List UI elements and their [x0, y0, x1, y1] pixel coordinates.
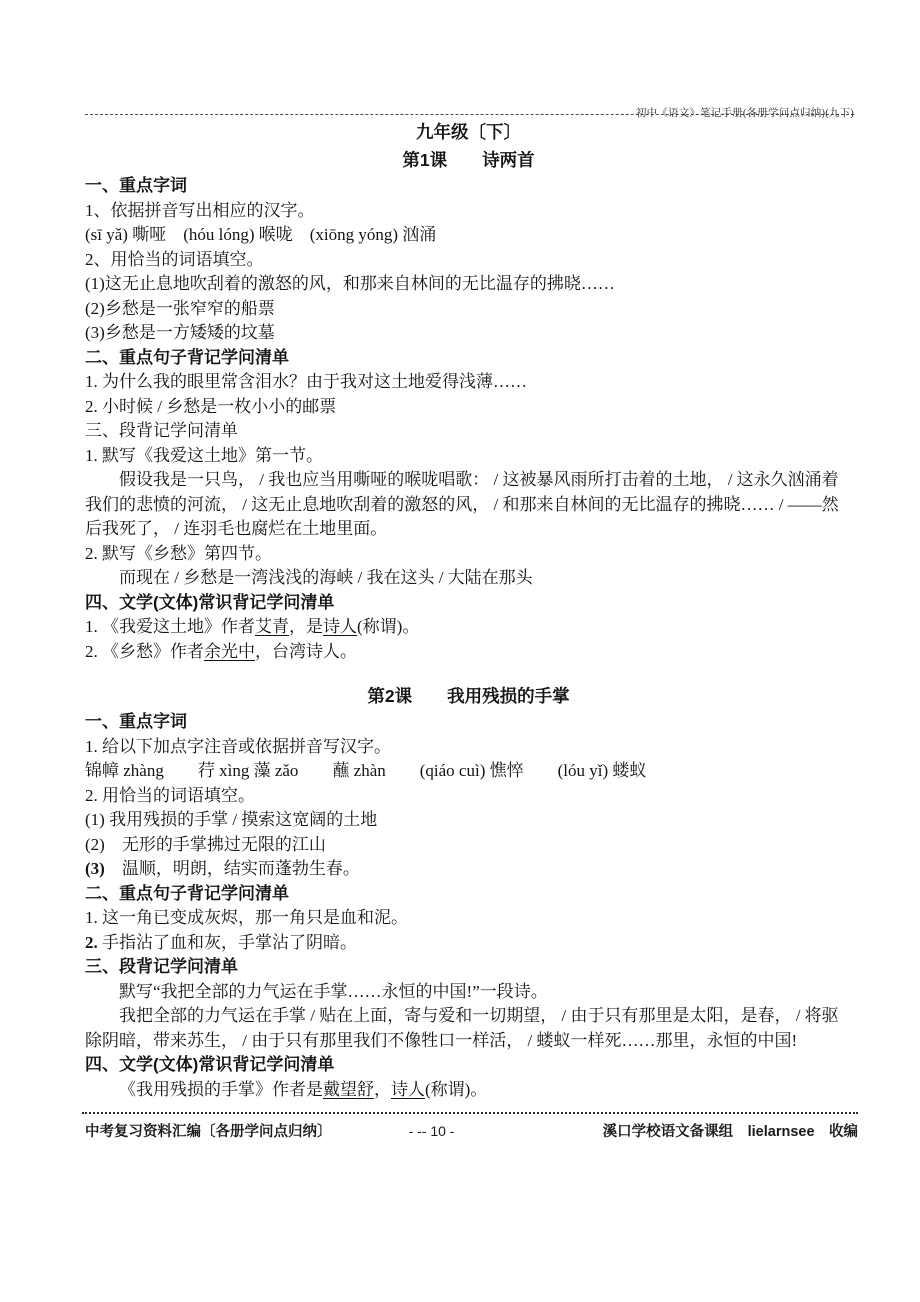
text-line: 1. 《我爱这土地》作者艾青，是诗人(称谓)。	[85, 615, 852, 640]
text-line: 四、文学(文体)常识背记学问清单	[85, 1053, 852, 1078]
footer-left-text: 中考复习资料汇编〔各册学问点归纳〕	[85, 1120, 449, 1141]
text-segment: 默写“我把全部的力气运在手掌……永恒的中国!”一段诗。	[119, 982, 548, 1001]
text-segment: 一、重点字词	[85, 176, 187, 195]
text-line: (1) 我用残损的手掌 / 摸索这宽阔的土地	[85, 808, 852, 833]
document-body: 九年级〔下〕 第1课 诗两首一、重点字词1、依据拼音写出相应的汉字。(sī yǎ…	[85, 118, 852, 1102]
text-segment: (sī yǎ) 嘶哑 (hóu lóng) 喉咙 (xiōng yóng) 汹涌	[85, 225, 436, 244]
text-segment: 四、文学(文体)常识背记学问清单	[85, 1055, 334, 1074]
text-segment: 三、段背记学问清单	[85, 421, 238, 440]
text-segment: 温顺，明朗，结实而蓬勃生春。	[105, 859, 360, 878]
text-line: 1. 这一角已变成灰烬，那一角只是血和泥。	[85, 906, 852, 931]
text-line: 三、段背记学问清单	[85, 955, 852, 980]
text-segment: 锦幛 zhàng 荇 xìng 藻 zǎo 蘸 zhàn (qiáo cuì) …	[85, 761, 646, 780]
text-segment: (2)乡愁是一张窄窄的船票	[85, 299, 275, 318]
text-segment: 一、重点字词	[85, 712, 187, 731]
footer-divider-line	[82, 1112, 858, 1114]
text-line: 二、重点句子背记学问清单	[85, 346, 852, 371]
text-segment: 1. 《我爱这土地》作者	[85, 617, 255, 636]
text-segment: 1、依据拼音写出相应的汉字。	[85, 201, 315, 220]
text-segment: (称谓)。	[425, 1080, 487, 1099]
text-line: 锦幛 zhàng 荇 xìng 藻 zǎo 蘸 zhàn (qiáo cuì) …	[85, 759, 852, 784]
text-line: 而现在 / 乡愁是一湾浅浅的海峡 / 我在这头 / 大陆在那头	[85, 566, 852, 591]
text-line: 2. 小时候 / 乡愁是一枚小小的邮票	[85, 395, 852, 420]
text-segment: 2. 小时候 / 乡愁是一枚小小的邮票	[85, 397, 336, 416]
text-line: 三、段背记学问清单	[85, 419, 852, 444]
document-page: 初中《语文》笔记手册(各册学问点归纳)(九下) 九年级〔下〕 第1课 诗两首一、…	[0, 0, 920, 1302]
text-line: 1. 给以下加点字注音或依据拼音写汉字。	[85, 735, 852, 760]
lesson-title: 第1课 诗两首	[85, 146, 852, 174]
text-line: 1. 为什么我的眼里常含泪水？由于我对这土地爱得浅薄……	[85, 370, 852, 395]
text-segment: 假设我是一只鸟， / 我也应当用嘶哑的喉咙唱歌： / 这被暴风雨所打击着的土地，…	[85, 470, 839, 538]
text-segment: 2、用恰当的词语填空。	[85, 250, 264, 269]
text-segment: 四、文学(文体)常识背记学问清单	[85, 593, 334, 612]
text-segment: 1. 默写《我爱这土地》第一节。	[85, 446, 323, 465]
text-segment: ，是	[289, 617, 323, 636]
text-segment: (1)这无止息地吹刮着的激怒的风，和那来自林间的无比温存的拂晓……	[85, 274, 615, 293]
text-line: (2) 无形的手掌拂过无限的江山	[85, 833, 852, 858]
text-segment: 《我用残损的手掌》作者是	[119, 1080, 323, 1099]
lesson-section: 第2课 我用残损的手掌一、重点字词1. 给以下加点字注音或依据拼音写汉字。锦幛 …	[85, 682, 852, 1102]
text-line: 一、重点字词	[85, 174, 852, 199]
text-segment: ，台湾诗人。	[255, 642, 357, 661]
footer-right-text: 溪口学校语文备课组 lielarnsee 收编	[494, 1120, 858, 1141]
text-segment: 而现在 / 乡愁是一湾浅浅的海峡 / 我在这头 / 大陆在那头	[119, 568, 533, 587]
text-line: 1、依据拼音写出相应的汉字。	[85, 199, 852, 224]
text-segment: (1) 我用残损的手掌 / 摸索这宽阔的土地	[85, 810, 377, 829]
text-line: 二、重点句子背记学问清单	[85, 882, 852, 907]
text-line: 1. 默写《我爱这土地》第一节。	[85, 444, 852, 469]
underlined-term: 戴望舒	[323, 1080, 374, 1099]
text-segment: 三、段背记学问清单	[85, 957, 238, 976]
text-line: (1)这无止息地吹刮着的激怒的风，和那来自林间的无比温存的拂晓……	[85, 272, 852, 297]
page-footer: 中考复习资料汇编〔各册学问点归纳〕 - -- 10 - 溪口学校语文备课组 li…	[85, 1120, 858, 1141]
text-segment: (称谓)。	[357, 617, 419, 636]
text-line: 默写“我把全部的力气运在手掌……永恒的中国!”一段诗。	[85, 980, 852, 1005]
text-line: 假设我是一只鸟， / 我也应当用嘶哑的喉咙唱歌： / 这被暴风雨所打击着的土地，…	[85, 468, 852, 542]
text-line: 2. 手指沾了血和灰，手掌沾了阴暗。	[85, 931, 852, 956]
text-segment: (3)	[85, 859, 105, 878]
text-line: 2. 用恰当的词语填空。	[85, 784, 852, 809]
text-segment: 2.	[85, 933, 98, 952]
text-segment: 二、重点句子背记学问清单	[85, 348, 289, 367]
text-segment: 2. 默写《乡愁》第四节。	[85, 544, 272, 563]
text-segment: 1. 为什么我的眼里常含泪水？由于我对这土地爱得浅薄……	[85, 372, 527, 391]
lesson-section: 第1课 诗两首一、重点字词1、依据拼音写出相应的汉字。(sī yǎ) 嘶哑 (h…	[85, 146, 852, 664]
text-segment: (2) 无形的手掌拂过无限的江山	[85, 835, 326, 854]
underlined-term: 余光中	[204, 642, 255, 661]
text-segment: 1. 给以下加点字注音或依据拼音写汉字。	[85, 737, 391, 756]
lesson-title: 第2课 我用残损的手掌	[85, 682, 852, 710]
text-line: 四、文学(文体)常识背记学问清单	[85, 591, 852, 616]
text-segment: 2. 用恰当的词语填空。	[85, 786, 255, 805]
text-line: (2)乡愁是一张窄窄的船票	[85, 297, 852, 322]
text-segment: 2. 《乡愁》作者	[85, 642, 204, 661]
page-number: - -- 10 -	[409, 1123, 455, 1139]
text-line: 一、重点字词	[85, 710, 852, 735]
text-segment: 手指沾了血和灰，手掌沾了阴暗。	[98, 933, 357, 952]
text-line: (3) 温顺，明朗，结实而蓬勃生春。	[85, 857, 852, 882]
underlined-term: 艾青	[255, 617, 289, 636]
text-line: 2、用恰当的词语填空。	[85, 248, 852, 273]
text-segment: (3)乡愁是一方矮矮的坟墓	[85, 323, 275, 342]
text-segment: 二、重点句子背记学问清单	[85, 884, 289, 903]
text-line: 我把全部的力气运在手掌 / 贴在上面，寄与爱和一切期望， / 由于只有那里是太阳…	[85, 1004, 852, 1053]
text-segment: ，	[374, 1080, 391, 1099]
text-line: (3)乡愁是一方矮矮的坟墓	[85, 321, 852, 346]
underlined-term: 诗人	[391, 1080, 425, 1099]
text-line: (sī yǎ) 嘶哑 (hóu lóng) 喉咙 (xiōng yóng) 汹涌	[85, 223, 852, 248]
text-line: 《我用残损的手掌》作者是戴望舒，诗人(称谓)。	[85, 1078, 852, 1103]
text-line: 2. 《乡愁》作者余光中，台湾诗人。	[85, 640, 852, 665]
underlined-term: 诗人	[323, 617, 357, 636]
grade-title: 九年级〔下〕	[85, 118, 852, 146]
text-line: 2. 默写《乡愁》第四节。	[85, 542, 852, 567]
text-segment: 1. 这一角已变成灰烬，那一角只是血和泥。	[85, 908, 408, 927]
text-segment: 我把全部的力气运在手掌 / 贴在上面，寄与爱和一切期望， / 由于只有那里是太阳…	[85, 1006, 839, 1050]
